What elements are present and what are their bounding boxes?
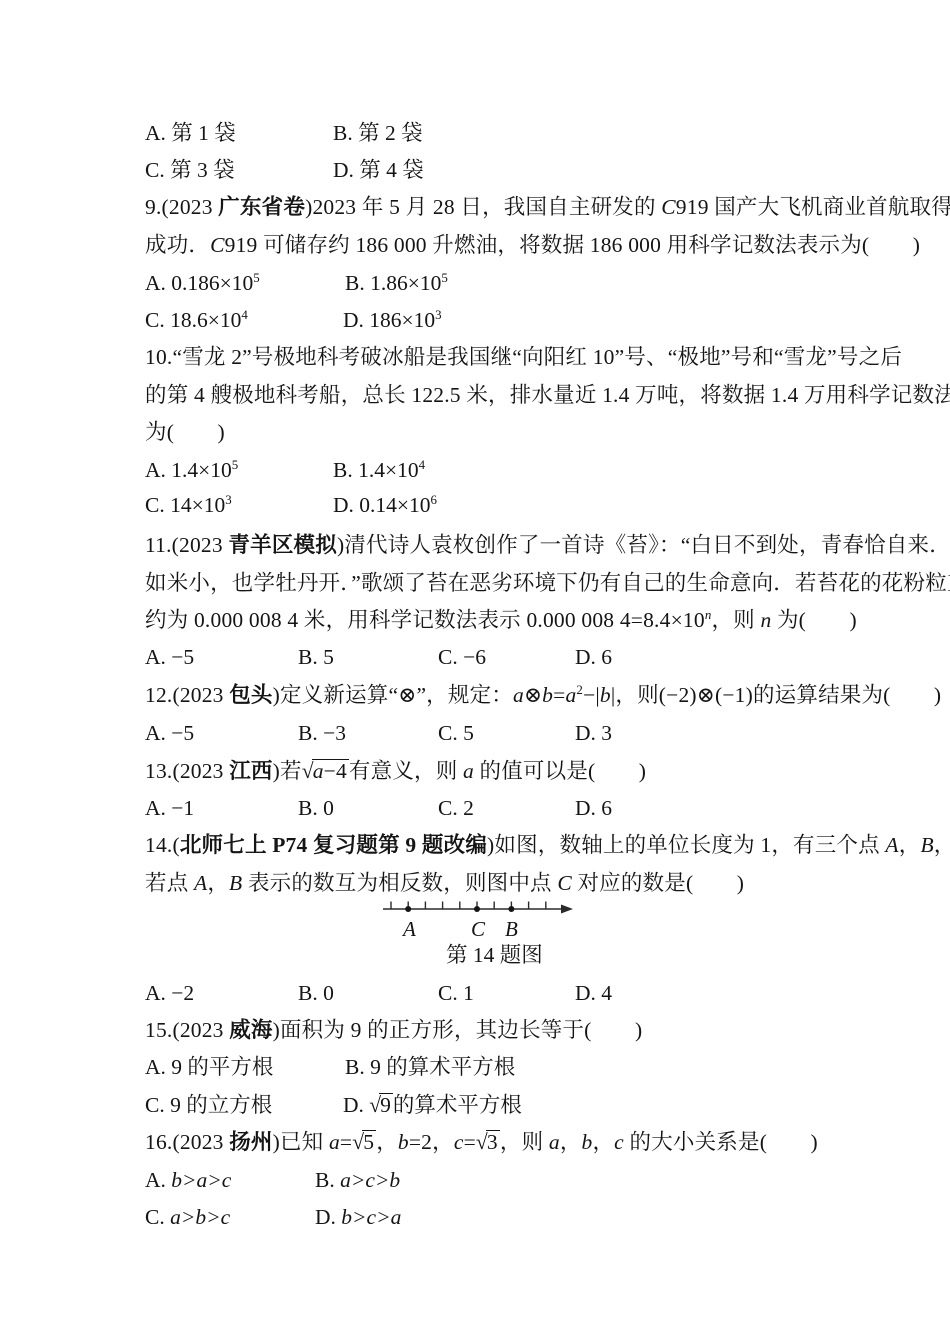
stem-text: 约为 0.000 008 4 米，用科学记数法表示 0.000 008 4=8.… (145, 608, 705, 632)
q16-option-d: D. b>c>a (315, 1202, 401, 1232)
q13-stem-line-1: 13.(2023 江西)若√a−4有意义，则 a 的值可以是( ) (145, 756, 646, 786)
stem-text: ，则 (711, 608, 760, 632)
sqrt-radical: √a−4 (302, 756, 349, 786)
variable: b (600, 683, 611, 707)
stem-text: 若点 (145, 871, 194, 895)
option-label: D. (343, 1093, 369, 1117)
q11-option-b: B. 5 (298, 642, 334, 672)
option-expression: a>c>b (340, 1168, 400, 1192)
q13-option-d: D. 6 (575, 793, 612, 823)
q12-option-d: D. 3 (575, 718, 612, 748)
stem-text: =2， (409, 1130, 454, 1154)
stem-text: 15.(2023 (145, 1018, 229, 1042)
operator-symbol: ⊗ (524, 683, 542, 707)
radicand: a−4 (312, 759, 349, 784)
point-a-label: A (401, 917, 416, 941)
q8-option-b: B. 第 2 袋 (333, 118, 423, 148)
q11-option-c: C. −6 (438, 642, 486, 672)
sqrt-radical: √5 (352, 1127, 376, 1157)
q14-option-c: C. 1 (438, 978, 474, 1008)
stem-text: )面积为 9 的正方形，其边长等于( ) (273, 1018, 643, 1042)
source-tag: 江西 (229, 759, 272, 783)
q8-option-d: D. 第 4 袋 (333, 155, 424, 185)
source-tag: 青羊区模拟 (228, 533, 337, 557)
stem-text: −| (583, 683, 600, 707)
q8-option-c: C. 第 3 袋 (145, 155, 235, 185)
q14-option-a: A. −2 (145, 978, 194, 1008)
variable: b (582, 1130, 593, 1154)
q13-option-b: B. 0 (298, 793, 334, 823)
option-text: C. 18.6×10 (145, 308, 241, 332)
stem-text: 有意义，则 (349, 759, 463, 783)
stem-text: )已知 (273, 1130, 329, 1154)
point-label: B (920, 833, 933, 857)
variable: c (454, 1130, 464, 1154)
variable: c (614, 1130, 624, 1154)
stem-text: )如图，数轴上的单位长度为 1，有三个点 (487, 833, 885, 857)
point-c-dot (474, 906, 480, 912)
stem-text: 16.(2023 (145, 1130, 229, 1154)
point-b-label: B (505, 917, 518, 941)
q14-option-d: D. 4 (575, 978, 612, 1008)
q10-stem-line-3: 为( ) (145, 417, 225, 447)
figure-caption: 第 14 题图 (446, 940, 543, 970)
axis-arrow-icon (561, 905, 573, 914)
stem-text: 919 国产大飞机商业首航取得圆满 (676, 195, 950, 219)
variable: n (760, 608, 771, 632)
q11-option-d: D. 6 (575, 642, 612, 672)
q11-stem-line-3: 约为 0.000 008 4 米，用科学记数法表示 0.000 008 4=8.… (145, 605, 857, 635)
point-label: A (885, 833, 898, 857)
radicand: 9 (379, 1093, 393, 1118)
worksheet-page: A. 第 1 袋 B. 第 2 袋 C. 第 3 袋 D. 第 4 袋 9.(2… (0, 0, 950, 1344)
stem-text: 9.(2023 (145, 195, 218, 219)
q15-option-c: C. 9 的立方根 (145, 1090, 272, 1120)
q14-option-b: B. 0 (298, 978, 334, 1008)
sqrt-radical: √9 (369, 1090, 393, 1120)
stem-text: 的值可以是( ) (474, 759, 646, 783)
source-tag: 广东省卷 (218, 195, 305, 219)
stem-text: ， (207, 871, 229, 895)
source-tag: 扬州 (229, 1130, 272, 1154)
option-label: B. (315, 1168, 340, 1192)
stem-text: 14.( (145, 833, 180, 857)
q12-option-c: C. 5 (438, 718, 474, 748)
source-tag: 包头 (229, 683, 272, 707)
option-label: D. (315, 1205, 341, 1229)
q15-option-d: D. √9的算术平方根 (343, 1090, 522, 1120)
radicand: 3 (486, 1130, 500, 1155)
q15-option-a: A. 9 的平方根 (145, 1052, 273, 1082)
stem-text: 表示的数互为相反数，则图中点 (242, 871, 557, 895)
q13-option-a: A. −1 (145, 793, 194, 823)
q8-option-a: A. 第 1 袋 (145, 118, 236, 148)
stem-text: 的大小关系是( ) (624, 1130, 818, 1154)
q9-option-b: B. 1.86×105 (345, 268, 448, 298)
option-text: C. 14×10 (145, 493, 225, 517)
equals-sign: = (464, 1130, 476, 1154)
option-text: A. 1.4×10 (145, 458, 232, 482)
variable: C (661, 195, 676, 219)
variable: C (210, 233, 225, 257)
q12-option-a: A. −5 (145, 718, 194, 748)
option-text: D. 0.14×10 (333, 493, 431, 517)
q16-option-b: B. a>c>b (315, 1165, 400, 1195)
q9-option-c: C. 18.6×104 (145, 305, 248, 335)
q11-option-a: A. −5 (145, 642, 194, 672)
stem-text: ， (592, 1130, 614, 1154)
exponent: 3 (225, 493, 231, 507)
option-label: A. (145, 1168, 171, 1192)
exponent: 5 (441, 271, 447, 285)
exponent: 5 (232, 458, 238, 472)
variable: a (313, 759, 324, 783)
q11-stem-line-1: 11.(2023 青羊区模拟)清代诗人袁枚创作了一首诗《苔》：“白日不到处，青春… (145, 530, 950, 560)
option-text: 的算术平方根 (393, 1093, 522, 1117)
stem-text: ， (934, 833, 950, 857)
q16-stem-line-1: 16.(2023 扬州)已知 a=√5，b=2，c=√3，则 a，b，c 的大小… (145, 1127, 818, 1157)
exponent: 6 (431, 493, 437, 507)
point-label: A (194, 871, 207, 895)
source-tag: 北师七上 P74 复习题第 9 题改编 (180, 833, 487, 857)
variable: a (549, 1130, 560, 1154)
point-label: C (557, 871, 572, 895)
q15-stem-line-1: 15.(2023 威海)面积为 9 的正方形，其边长等于( ) (145, 1015, 642, 1045)
option-text: B. 1.86×10 (345, 271, 441, 295)
stem-text: 为( ) (771, 608, 856, 632)
q12-option-b: B. −3 (298, 718, 346, 748)
stem-text: ， (560, 1130, 582, 1154)
q10-option-c: C. 14×103 (145, 490, 232, 520)
exponent: 4 (419, 458, 425, 472)
axis-ticks (391, 902, 546, 910)
q16-option-c: C. a>b>c (145, 1202, 230, 1232)
variable: a (329, 1130, 340, 1154)
point-c-label: C (471, 917, 486, 941)
stem-text: ，则 (500, 1130, 549, 1154)
stem-text: )2023 年 5 月 28 日，我国自主研发的 (305, 195, 661, 219)
q9-option-d: D. 186×103 (343, 305, 442, 335)
stem-text: 12.(2023 (145, 683, 229, 707)
stem-text: |，则(−2)⊗(−1)的运算结果为( ) (611, 683, 941, 707)
q12-stem-line-1: 12.(2023 包头)定义新运算“⊗”，规定：a⊗b=a2−|b|，则(−2)… (145, 680, 941, 710)
option-text: D. 186×10 (343, 308, 435, 332)
q9-stem-line-1: 9.(2023 广东省卷)2023 年 5 月 28 日，我国自主研发的 C91… (145, 192, 950, 222)
radicand: 5 (362, 1130, 376, 1155)
exponent: 3 (435, 308, 441, 322)
q13-option-c: C. 2 (438, 793, 474, 823)
option-expression: a>b>c (170, 1205, 230, 1229)
option-expression: b>c>a (341, 1205, 401, 1229)
variable: a (463, 759, 474, 783)
stem-text: )清代诗人袁枚创作了一首诗《苔》：“白日不到处，青春恰自来．苔花 (337, 533, 950, 557)
sqrt-radical: √3 (476, 1127, 500, 1157)
stem-text: 13.(2023 (145, 759, 229, 783)
radicand-text: −4 (324, 759, 347, 783)
option-text: A. 0.186×10 (145, 271, 253, 295)
stem-text: 919 可储存约 186 000 升燃油，将数据 186 000 用科学记数法表… (225, 233, 920, 257)
q16-option-a: A. b>a>c (145, 1165, 231, 1195)
stem-text: )定义新运算“⊗”，规定： (273, 683, 513, 707)
q10-option-b: B. 1.4×104 (333, 455, 425, 485)
q10-option-d: D. 0.14×106 (333, 490, 437, 520)
q14-stem-line-2: 若点 A，B 表示的数互为相反数，则图中点 C 对应的数是( ) (145, 868, 744, 898)
option-label: C. (145, 1205, 170, 1229)
point-a-dot (405, 906, 411, 912)
variable: a (565, 683, 576, 707)
stem-text: 11.(2023 (145, 533, 228, 557)
q9-option-a: A. 0.186×105 (145, 268, 260, 298)
stem-text: )若 (273, 759, 302, 783)
exponent: 5 (253, 271, 259, 285)
option-expression: b>a>c (171, 1168, 231, 1192)
q14-stem-line-1: 14.(北师七上 P74 复习题第 9 题改编)如图，数轴上的单位长度为 1，有… (145, 830, 950, 860)
variable: b (542, 683, 553, 707)
equals-sign: = (553, 683, 565, 707)
point-label: B (229, 871, 242, 895)
q10-stem-line-2: 的第 4 艘极地科考船，总长 122.5 米，排水量近 1.4 万吨，将数据 1… (145, 380, 950, 410)
point-b-dot (508, 906, 514, 912)
source-tag: 威海 (229, 1018, 272, 1042)
q9-stem-line-2: 成功．C919 可储存约 186 000 升燃油，将数据 186 000 用科学… (145, 230, 920, 260)
q11-stem-line-2: 如米小，也学牡丹开．”歌颂了苔在恶劣环境下仍有自己的生命意向．若苔花的花粉粒直径 (145, 568, 950, 598)
variable: a (513, 683, 524, 707)
number-line-figure: A C B (383, 895, 573, 943)
q10-stem-line-1: 10.“雪龙 2”号极地科考破冰船是我国继“向阳红 10”号、“极地”号和“雪龙… (145, 342, 902, 372)
stem-text: ， (899, 833, 921, 857)
q15-option-b: B. 9 的算术平方根 (345, 1052, 515, 1082)
equals-sign: = (340, 1130, 352, 1154)
stem-text: 对应的数是( ) (572, 871, 744, 895)
stem-text: ， (376, 1130, 398, 1154)
variable: b (398, 1130, 409, 1154)
option-text: B. 1.4×10 (333, 458, 419, 482)
exponent: 4 (241, 308, 247, 322)
stem-text: 成功． (145, 233, 210, 257)
q10-option-a: A. 1.4×105 (145, 455, 238, 485)
